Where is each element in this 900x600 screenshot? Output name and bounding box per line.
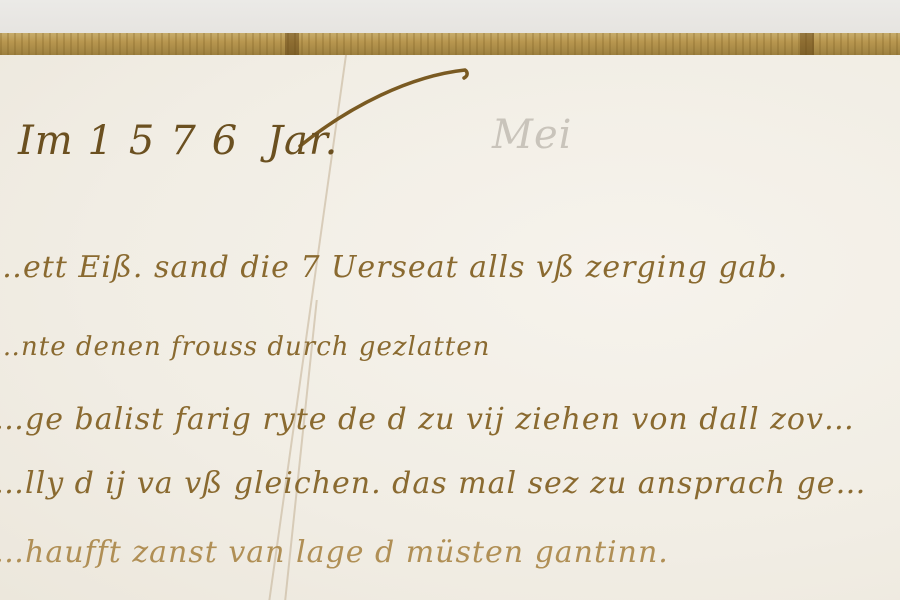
manuscript-line: …ge balist farig ryte de d zu vij ziehen… [0, 402, 855, 437]
year-heading: Im 1576 Jar. [18, 118, 338, 164]
heading-prefix: Im [18, 118, 74, 164]
manuscript-line: …ett Eiß. sand die 7 Uerseat alls vß zer… [0, 250, 788, 285]
background-surface [0, 0, 900, 34]
heading-suffix: Jar. [267, 118, 338, 164]
manuscript-line: …nte denen frouss durch gezlatten [0, 332, 490, 362]
manuscript-line: …lly d ij va vß gleichen. das mal sez zu… [0, 466, 866, 501]
heading-year: 1576 [87, 118, 253, 164]
pencil-annotation: Mei [492, 112, 572, 158]
edge-stain [285, 33, 299, 55]
manuscript-line: …haufft zanst van lage d müsten gantinn. [0, 535, 669, 570]
edge-stain [800, 33, 814, 55]
gilt-page-edge [0, 33, 900, 55]
